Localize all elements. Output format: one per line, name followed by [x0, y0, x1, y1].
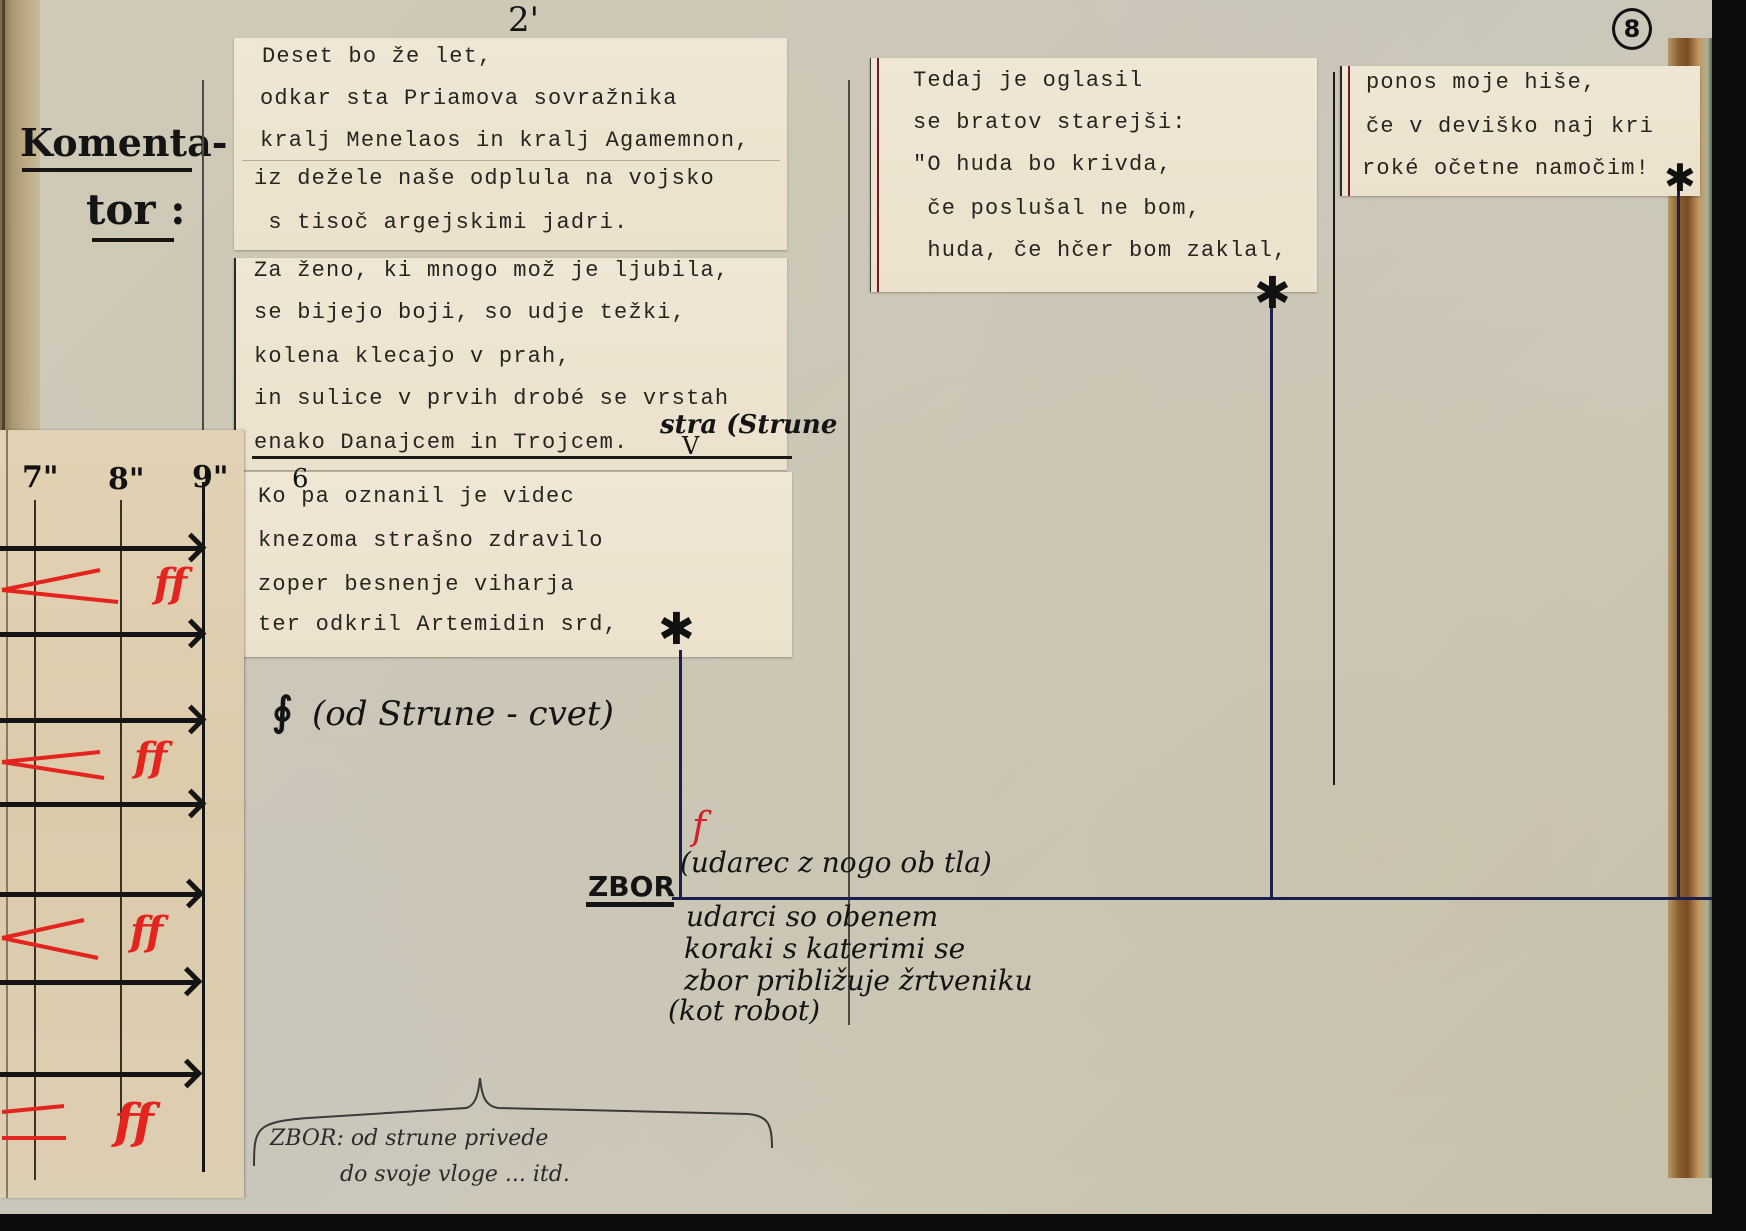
card-line: "O huda bo krivda, [913, 152, 1172, 177]
right-binding-edge [1668, 38, 1712, 1178]
card-line: kralj Menelaos in kralj Agamemnon, [260, 128, 750, 153]
scan-border-bottom [0, 1214, 1746, 1231]
typed-card-1: Deset bo že let, odkar sta Priamova sovr… [234, 38, 787, 250]
pencil-guide-line [202, 80, 204, 430]
crescendo-hairpins [0, 430, 244, 1198]
cue-line-3 [1677, 180, 1680, 900]
scrapbook-page: 8 2' Komenta- tor : Deset bo že let, odk… [0, 0, 1712, 1214]
card-line: če v deviško naj kri [1366, 114, 1654, 139]
page-number-badge: 8 [1612, 8, 1652, 50]
typed-card-3: 6 Ko pa oznanil je videc knezoma strašno… [242, 472, 792, 657]
card-line: knezoma strašno zdravilo [258, 528, 604, 553]
card-line: Tedaj je oglasil [913, 68, 1143, 93]
chorus-description-line: zbor približuje žrtveniku [684, 964, 1033, 997]
card-line: zoper besnenje viharja [258, 572, 575, 597]
cue-star-icon: ✱ [1254, 272, 1291, 316]
typed-card-5: ponos moje hiše, če v deviško naj kri ro… [1340, 66, 1700, 196]
card-line: Deset bo že let, [262, 44, 492, 69]
typed-card-4: Tedaj je oglasil se bratov starejši: "O … [870, 58, 1317, 292]
card-line: iz dežele naše odplula na vojsko [254, 166, 715, 191]
chorus-dynamic-mark: f [692, 804, 706, 848]
fortissimo-mark: ff [130, 908, 163, 955]
bottom-note-line: ZBOR: od strune privede [270, 1126, 548, 1151]
card-line: če poslušal ne bom, [913, 196, 1201, 221]
card2-underline [252, 456, 792, 459]
chorus-label: ZBOR [588, 870, 675, 903]
curly-brace-icon [248, 1078, 778, 1168]
strune-symbol: ∮ [272, 688, 293, 735]
card-line: roké očetne namočim! [1362, 156, 1650, 181]
commentator-underline-1 [22, 168, 192, 172]
scan-border-right [1712, 0, 1746, 1231]
ink-guide-line [1333, 72, 1335, 785]
chorus-description-line: koraki s katerimi se [684, 932, 965, 965]
card-line: Za ženo, ki mnogo mož je ljubila, [254, 258, 729, 283]
fortissimo-mark: ff [134, 734, 167, 781]
top-annotation: 2' [508, 0, 539, 40]
chorus-description-line: udarci so obenem [686, 900, 938, 933]
commentator-label-line2: tor : [86, 185, 186, 234]
card-line: se bratov starejši: [913, 110, 1187, 135]
insertion-caret: V [682, 432, 699, 460]
card-line: ter odkril Artemidin srd, [258, 612, 618, 637]
card-fold [242, 160, 780, 161]
chorus-description-line: (kot robot) [668, 994, 820, 1027]
chorus-underline [586, 902, 674, 907]
chorus-stage-direction: (udarec z nogo ob tla) [680, 846, 992, 879]
cue-line-2 [1270, 294, 1273, 900]
commentator-label-line1: Komenta- [20, 120, 228, 165]
fortissimo-mark: ff [154, 560, 187, 607]
bottom-note-line: do svoje vloge ... itd. [340, 1162, 570, 1187]
fortissimo-mark: ff [114, 1094, 154, 1150]
card-line: se bijejo boji, so udje težki, [254, 300, 686, 325]
card-line: ponos moje hiše, [1366, 70, 1596, 95]
pencil-guide-line [848, 80, 850, 1025]
card-line: kolena klecajo v prah, [254, 344, 571, 369]
timing-strip: 7" 8" 9" ff ff ff ff [0, 430, 244, 1198]
card-line: huda, če hčer bom zaklal, [913, 238, 1287, 263]
commentator-underline-2 [92, 238, 174, 242]
card-line: s tisoč argejskimi jadri. [254, 210, 628, 235]
cue-star-icon: ✱ [1664, 156, 1696, 200]
card-line: Ko pa oznanil je videc [258, 484, 575, 509]
card-line: odkar sta Priamova sovražnika [260, 86, 678, 111]
cue-star-icon: ✱ [658, 608, 695, 652]
card-line: in sulice v prvih drobé se vrstah [254, 386, 729, 411]
card-line: enako Danajcem in Trojcem. [254, 430, 628, 455]
page-number: 8 [1624, 15, 1641, 43]
left-binding-edge [0, 0, 40, 430]
strune-note: (od Strune - cvet) [312, 694, 614, 734]
